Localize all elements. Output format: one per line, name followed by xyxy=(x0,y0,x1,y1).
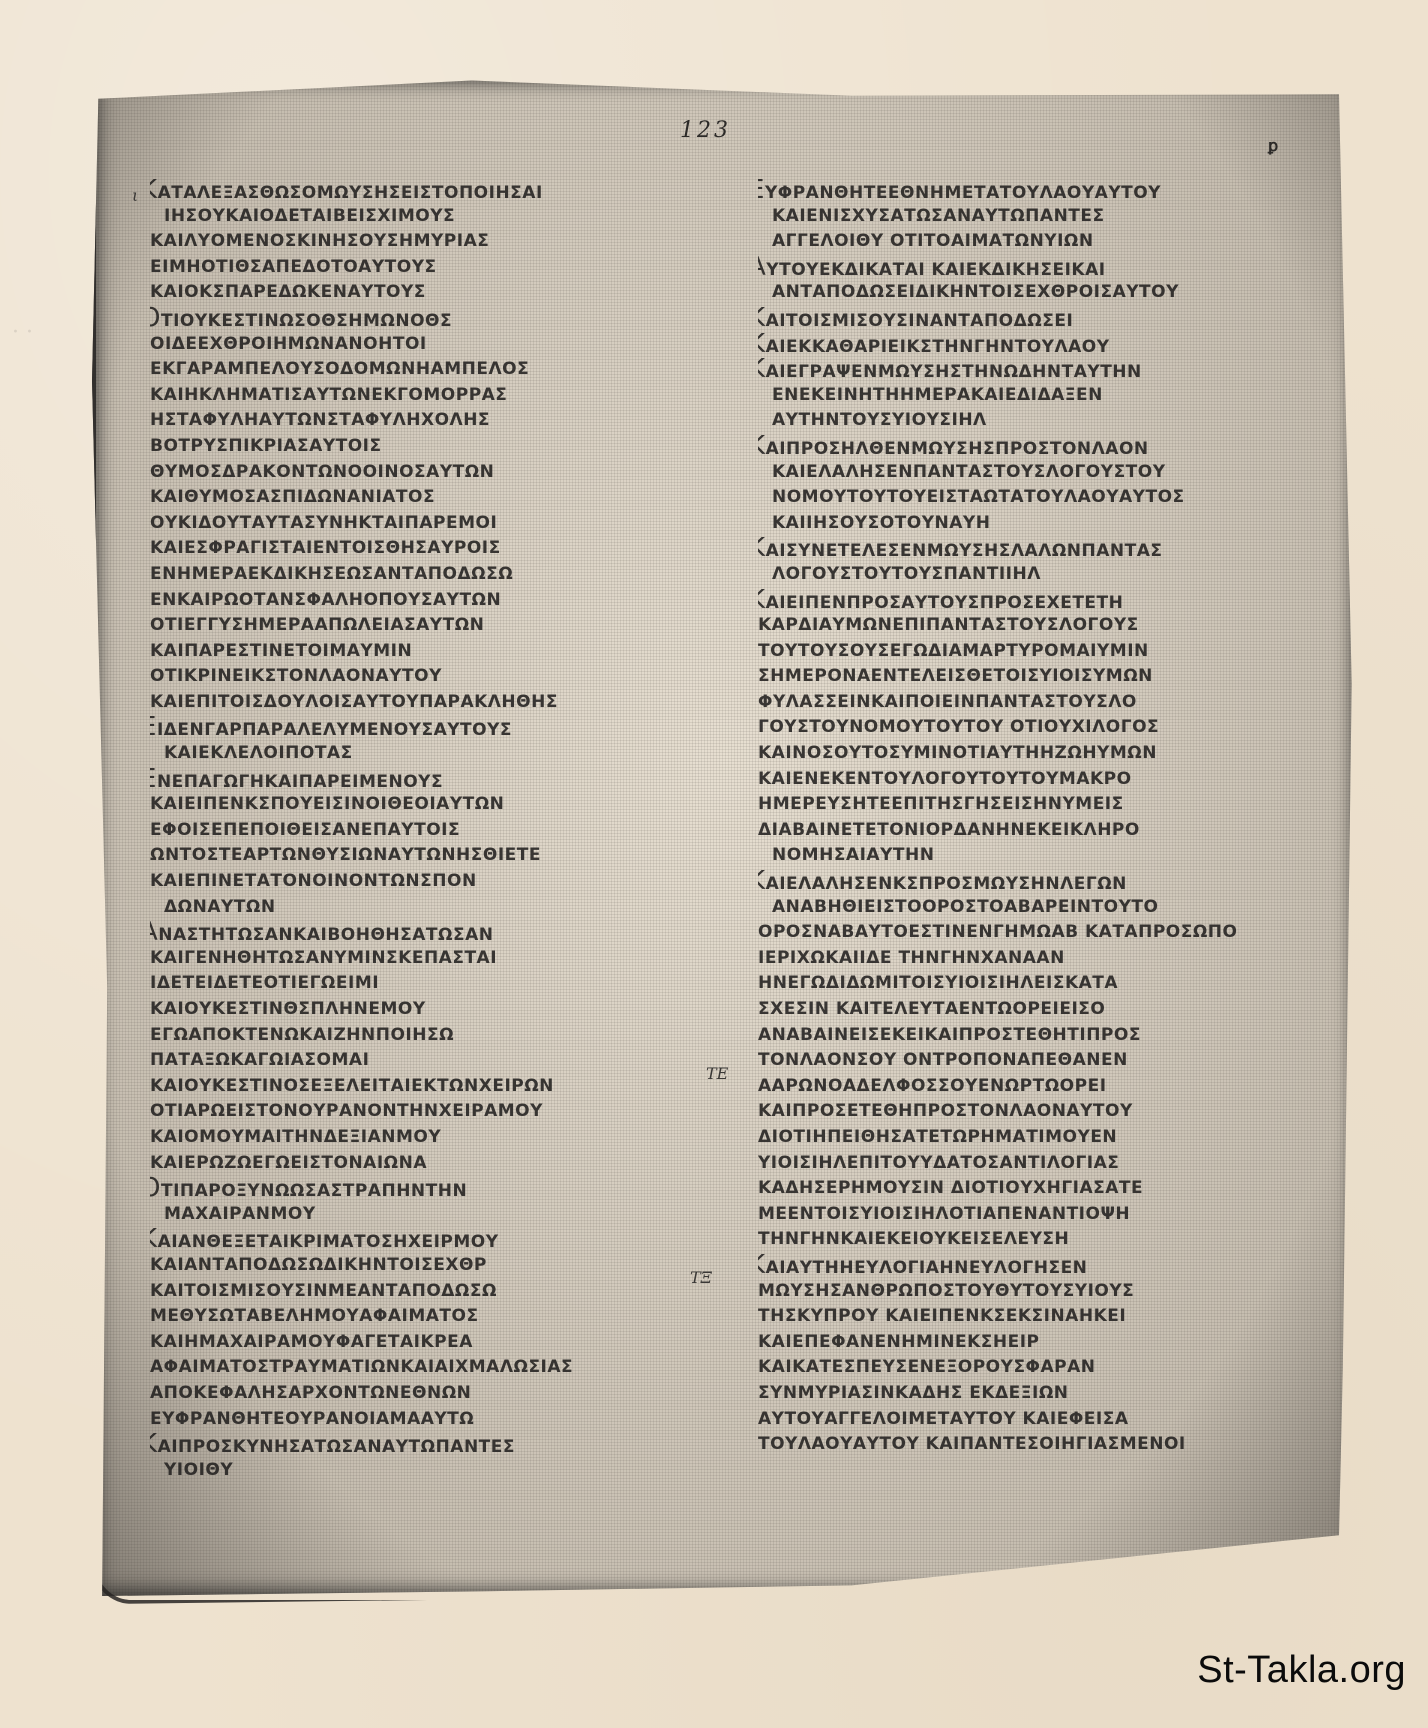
manuscript-line: ΗΝΕΓΩΔΙΔΩΜΙΤΟΙΣΥΙΟΙΣΙΗΛΕΙΣΚΑΤΑ xyxy=(758,971,1298,997)
manuscript-line: ΜΑΧΑΙΡΑΝΜΟΥ xyxy=(150,1202,670,1228)
manuscript-line: ΕΚΓΑΡΑΜΠΕΛΟΥΣΟΔΟΜΩΝΗΑΜΠΕΛΟΣ xyxy=(150,357,670,383)
manuscript-line: ΔΩΝΑΥΤΩΝ xyxy=(150,895,670,921)
margin-note-left: ι xyxy=(132,186,138,205)
manuscript-line: ΒΟΤΡΥΣΠΙΚΡΙΑΣΑΥΤΟΙΣ xyxy=(150,434,670,460)
manuscript-line: ΚΑΔΗΣΕΡΗΜΟΥΣΙΝ ΔΙΟΤΙΟΥΧΗΓΙΑΣΑΤΕ xyxy=(758,1176,1298,1202)
manuscript-line: ΚΑΙΗΜΑΧΑΙΡΑΜΟΥΦΑΓΕΤΑΙΚΡΕΑ xyxy=(150,1330,670,1356)
manuscript-line: ΟΤΙΟΥΚΕΣΤΙΝΩΣΟΘΣΗΜΩΝΟΘΣ xyxy=(150,306,670,332)
manuscript-line: ΚΑΙΑΝΘΕΞΕΤΑΙΚΡΙΜΑΤΟΣΗΧΕΙΡΜΟΥ xyxy=(150,1227,670,1253)
margin-note-gutter-2: ΤΞ xyxy=(690,1268,712,1287)
manuscript-line: ΚΑΙΣΥΝΕΤΕΛΕΣΕΝΜΩΥΣΗΣΛΑΛΩΝΠΑΝΤΑΣ xyxy=(758,536,1298,562)
manuscript-line: ΤΗΝΓΗΝΚΑΙΕΚΕΙΟΥΚΕΙΣΕΛΕΥΣΗ xyxy=(758,1227,1298,1253)
manuscript-line: ΙΕΡΙΧΩΚΑΙΙΔΕ ΤΗΝΓΗΝΧΑΝΑΑΝ xyxy=(758,946,1298,972)
manuscript-line: ΑΝΤΑΠΟΔΩΣΕΙΔΙΚΗΝΤΟΙΣΕΧΘΡΟΙΣΑΥΤΟΥ xyxy=(758,280,1298,306)
manuscript-line: ΔΙΟΤΙΗΠΕΙΘΗΣΑΤΕΤΩΡΗΜΑΤΙΜΟΥΕΝ xyxy=(758,1125,1298,1151)
manuscript-line: ΚΑΙΠΑΡΕΣΤΙΝΕΤΟΙΜΑΥΜΙΝ xyxy=(150,639,670,665)
manuscript-line: ΟΙΔΕΕΧΘΡΟΙΗΜΩΝΑΝΟΗΤΟΙ xyxy=(150,332,670,358)
manuscript-line: ΑΑΡΩΝΟΑΔΕΛΦΟΣΣΟΥΕΝΩΡΤΩΟΡΕΙ xyxy=(758,1074,1298,1100)
manuscript-line: ΩΝΤΟΣΤΕΑΡΤΩΝΘΥΣΙΩΝΑΥΤΩΝΗΣΘΙΕΤΕ xyxy=(150,843,670,869)
manuscript-line: ΚΑΙΕΠΕΦΑΝΕΝΗΜΙΝΕΚΣΗΕΙΡ xyxy=(758,1330,1298,1356)
manuscript-line: ΟΡΟΣΝΑΒΑΥΤΟΕΣΤΙΝΕΝΓΗΜΩΑΒ ΚΑΤΑΠΡΟΣΩΠΟ xyxy=(758,920,1298,946)
manuscript-line: ΜΕΕΝΤΟΙΣΥΙΟΙΣΙΗΛΟΤΙΑΠΕΝΑΝΤΙΟΨΗ xyxy=(758,1202,1298,1228)
manuscript-line: ΕΓΩΑΠΟΚΤΕΝΩΚΑΙΖΗΝΠΟΙΗΣΩ xyxy=(150,1023,670,1049)
manuscript-line: ΚΑΙΑΝΤΑΠΟΔΩΣΩΔΙΚΗΝΤΟΙΣΕΧΘΡ xyxy=(150,1253,670,1279)
manuscript-line: ΠΑΤΑΞΩΚΑΓΩΙΑΣΟΜΑΙ xyxy=(150,1048,670,1074)
manuscript-line: ΚΑΙΓΕΝΗΘΗΤΩΣΑΝΥΜΙΝΣΚΕΠΑΣΤΑΙ xyxy=(150,946,670,972)
manuscript-line: ΚΑΙΚΑΤΕΣΠΕΥΣΕΝΕΞΟΡΟΥΣΦΑΡΑΝ xyxy=(758,1355,1298,1381)
manuscript-line: ΕΙΔΕΝΓΑΡΠΑΡΑΛΕΛΥΜΕΝΟΥΣΑΥΤΟΥΣ xyxy=(150,715,670,741)
manuscript-line: ΑΝΑΒΗΘΙΕΙΣΤΟΟΡΟΣΤΟΑΒΑΡΕΙΝΤΟΥΤΟ xyxy=(758,895,1298,921)
manuscript-line: ΟΥΚΙΔΟΥΤΑΥΤΑΣΥΝΗΚΤΑΙΠΑΡΕΜΟΙ xyxy=(150,511,670,537)
manuscript-line: ΚΑΙΟΜΟΥΜΑΙΤΗΝΔΕΞΙΑΝΜΟΥ xyxy=(150,1125,670,1151)
manuscript-line: ΚΑΙΕΠΙΤΟΙΣΔΟΥΛΟΙΣΑΥΤΟΥΠΑΡΑΚΛΗΘΗΣ xyxy=(150,690,670,716)
manuscript-line: ΚΑΙΕΙΠΕΝΠΡΟΣΑΥΤΟΥΣΠΡΟΣΕΧΕΤΕΤΗ xyxy=(758,588,1298,614)
manuscript-line: ΚΑΙΠΡΟΣΕΤΕΘΗΠΡΟΣΤΟΝΛΑΟΝΑΥΤΟΥ xyxy=(758,1099,1298,1125)
manuscript-line: ΚΑΙΘΥΜΟΣΑΣΠΙΔΩΝΑΝΙΑΤΟΣ xyxy=(150,485,670,511)
manuscript-line: ΚΑΙΝΟΣΟΥΤΟΣΥΜΙΝΟΤΙΑΥΤΗΗΖΩΗΥΜΩΝ xyxy=(758,741,1298,767)
manuscript-line: ΚΑΤΑΛΕΞΑΣΘΩΣΟΜΩΥΣΗΣΕΙΣΤΟΠΟΙΗΣΑΙ xyxy=(150,178,670,204)
manuscript-line: ΑΠΟΚΕΦΑΛΗΣΑΡΧΟΝΤΩΝΕΘΝΩΝ xyxy=(150,1381,670,1407)
manuscript-line: ΑΥΤΗΝΤΟΥΣΥΙΟΥΣΙΗΛ xyxy=(758,408,1298,434)
manuscript-line: ΣΥΝΜΥΡΙΑΣΙΝΚΑΔΗΣ ΕΚΔΕΞΙΩΝ xyxy=(758,1381,1298,1407)
manuscript-line: ΚΑΙΕΓΡΑΨΕΝΜΩΥΣΗΣΤΗΝΩΔΗΝΤΑΥΤΗΝ xyxy=(758,357,1298,383)
manuscript-line: ΥΙΟΙΣΙΗΛΕΠΙΤΟΥΥΔΑΤΟΣΑΝΤΙΛΟΓΙΑΣ xyxy=(758,1151,1298,1177)
manuscript-line: ΟΤΙΚΡΙΝΕΙΚΣΤΟΝΛΑΟΝΑΥΤΟΥ xyxy=(150,664,670,690)
manuscript-line: ΕΝΗΜΕΡΑΕΚΔΙΚΗΣΕΩΣΑΝΤΑΠΟΔΩΣΩ xyxy=(150,562,670,588)
manuscript-line: ΚΑΙΤΟΙΣΜΙΣΟΥΣΙΝΑΝΤΑΠΟΔΩΣΕΙ xyxy=(758,306,1298,332)
manuscript-line: ΕΥΦΡΑΝΘΗΤΕΟΥΡΑΝΟΙΑΜΑΑΥΤΩ xyxy=(150,1407,670,1433)
manuscript-line: ΚΑΙΕΛΑΛΗΣΕΝΚΣΠΡΟΣΜΩΥΣΗΝΛΕΓΩΝ xyxy=(758,869,1298,895)
manuscript-line: ΚΑΙΕΠΙΝΕΤΑΤΟΝΟΙΝΟΝΤΩΝΣΠΟΝ xyxy=(150,869,670,895)
right-text-column: ΕΥΦΡΑΝΘΗΤΕΕΘΝΗΜΕΤΑΤΟΥΛΑΟΥΑΥΤΟΥΚΑΙΕΝΙΣΧΥΣ… xyxy=(758,178,1298,1458)
manuscript-line: ΕΝΕΚΕΙΝΗΤΗΗΜΕΡΑΚΑΙΕΔΙΔΑΞΕΝ xyxy=(758,383,1298,409)
manuscript-line: ΔΙΑΒΑΙΝΕΤΕΤΟΝΙΟΡΔΑΝΗΝΕΚΕΙΚΛΗΡΟ xyxy=(758,818,1298,844)
manuscript-line: ΚΑΙΕΡΩΖΩΕΓΩΕΙΣΤΟΝΑΙΩΝΑ xyxy=(150,1151,670,1177)
manuscript-line: ΜΩΥΣΗΣΑΝΘΡΩΠΟΣΤΟΥΘΥΤΟΥΣΥΙΟΥΣ xyxy=(758,1279,1298,1305)
manuscript-line: ΚΑΙΕΣΦΡΑΓΙΣΤΑΙΕΝΤΟΙΣΘΗΣΑΥΡΟΙΣ xyxy=(150,536,670,562)
manuscript-line: ΚΑΙΕΛΑΛΗΣΕΝΠΑΝΤΑΣΤΟΥΣΛΟΓΟΥΣΤΟΥ xyxy=(758,460,1298,486)
manuscript-line: ΘΥΜΟΣΔΡΑΚΟΝΤΩΝΟΟΙΝΟΣΑΥΤΩΝ xyxy=(150,460,670,486)
manuscript-line: ΚΑΙΕΚΚΑΘΑΡΙΕΙΚΣΤΗΝΓΗΝΤΟΥΛΑΟΥ xyxy=(758,332,1298,358)
manuscript-line: ΕΝΚΑΙΡΩΟΤΑΝΣΦΑΛΗΟΠΟΥΣΑΥΤΩΝ xyxy=(150,588,670,614)
manuscript-line: ΚΑΙΟΚΣΠΑΡΕΔΩΚΕΝΑΥΤΟΥΣ xyxy=(150,280,670,306)
manuscript-line: ΑΥΤΟΥΑΓΓΕΛΟΙΜΕΤΑΥΤΟΥ ΚΑΙΕΦΕΙΣΑ xyxy=(758,1407,1298,1433)
manuscript-line: ΕΝΕΠΑΓΩΓΗΚΑΙΠΑΡΕΙΜΕΝΟΥΣ xyxy=(150,767,670,793)
manuscript-line: ΓΟΥΣΤΟΥΝΟΜΟΥΤΟΥΤΟΥ ΟΤΙΟΥΧΙΛΟΓΟΣ xyxy=(758,715,1298,741)
manuscript-line: ΟΤΙΠΑΡΟΞΥΝΩΩΣΑΣΤΡΑΠΗΝΤΗΝ xyxy=(150,1176,670,1202)
manuscript-line: ΚΑΙΟΥΚΕΣΤΙΝΘΣΠΛΗΝΕΜΟΥ xyxy=(150,997,670,1023)
manuscript-line: ΦΥΛΑΣΣΕΙΝΚΑΙΠΟΙΕΙΝΠΑΝΤΑΣΤΟΥΣΛΟ xyxy=(758,690,1298,716)
manuscript-line: ΙΔΕΤΕΙΔΕΤΕΟΤΙΕΓΩΕΙΜΙ xyxy=(150,971,670,997)
manuscript-line: ΤΟΝΛΑΟΝΣΟΥ ΟΝΤΡΟΠΟΝΑΠΕΘΑΝΕΝ xyxy=(758,1048,1298,1074)
bleed-through-text: · · xyxy=(12,320,33,345)
manuscript-line: ΚΑΙΙΗΣΟΥΣΟΤΟΥΝΑΥΗ xyxy=(758,511,1298,537)
manuscript-line: ΚΑΡΔΙΑΥΜΩΝΕΠΙΠΑΝΤΑΣΤΟΥΣΛΟΓΟΥΣ xyxy=(758,613,1298,639)
manuscript-line: ΝΟΜΗΣΑΙΑΥΤΗΝ xyxy=(758,843,1298,869)
manuscript-line: ΚΑΙΗΚΛΗΜΑΤΙΣΑΥΤΩΝΕΚΓΟΜΟΡΡΑΣ xyxy=(150,383,670,409)
watermark: St-Takla.org xyxy=(1197,1649,1406,1692)
manuscript-line: ΜΕΘΥΣΩΤΑΒΕΛΗΜΟΥΑΦΑΙΜΑΤΟΣ xyxy=(150,1304,670,1330)
page-number: 123 xyxy=(680,118,731,143)
manuscript-line: ΤΟΥΛΑΟΥΑΥΤΟΥ ΚΑΙΠΑΝΤΕΣΟΙΗΓΙΑΣΜΕΝΟΙ xyxy=(758,1432,1298,1458)
corner-mark: ꝑ xyxy=(1268,136,1278,155)
manuscript-line: ΤΗΣΚΥΠΡΟΥ ΚΑΙΕΙΠΕΝΚΣΕΚΣΙΝΑΗΚΕΙ xyxy=(758,1304,1298,1330)
margin-note-gutter-1: ΤΕ xyxy=(706,1064,728,1083)
manuscript-line: ΛΟΓΟΥΣΤΟΥΤΟΥΣΠΑΝΤΙΙΗΛ xyxy=(758,562,1298,588)
manuscript-line: ΟΤΙΕΓΓΥΣΗΜΕΡΑΑΠΩΛΕΙΑΣΑΥΤΩΝ xyxy=(150,613,670,639)
manuscript-line: ΗΜΕΡΕΥΣΗΤΕΕΠΙΤΗΣΓΗΣΕΙΣΗΝΥΜΕΙΣ xyxy=(758,792,1298,818)
manuscript-line: ΝΟΜΟΥΤΟΥΤΟΥΕΙΣΤΑΩΤΑΤΟΥΛΑΟΥΑΥΤΟΣ xyxy=(758,485,1298,511)
manuscript-line: ΚΑΙΕΚΛΕΛΟΙΠΟΤΑΣ xyxy=(150,741,670,767)
manuscript-line: ΑΦΑΙΜΑΤΟΣΤΡΑΥΜΑΤΙΩΝΚΑΙΑΙΧΜΑΛΩΣΙΑΣ xyxy=(150,1355,670,1381)
manuscript-line: ΚΑΙΟΥΚΕΣΤΙΝΟΣΕΞΕΛΕΙΤΑΙΕΚΤΩΝΧΕΙΡΩΝ xyxy=(150,1074,670,1100)
manuscript-line: ΚΑΙΕΙΠΕΝΚΣΠΟΥΕΙΣΙΝΟΙΘΕΟΙΑΥΤΩΝ xyxy=(150,792,670,818)
manuscript-line: ΤΟΥΤΟΥΣΟΥΣΕΓΩΔΙΑΜΑΡΤΥΡΟΜΑΙΥΜΙΝ xyxy=(758,639,1298,665)
manuscript-line: ΚΑΙΠΡΟΣΚΥΝΗΣΑΤΩΣΑΝΑΥΤΩΠΑΝΤΕΣ xyxy=(150,1432,670,1458)
manuscript-line: ΚΑΙΤΟΙΣΜΙΣΟΥΣΙΝΜΕΑΝΤΑΠΟΔΩΣΩ xyxy=(150,1279,670,1305)
manuscript-line: ΚΑΙΕΝΕΚΕΝΤΟΥΛΟΓΟΥΤΟΥΤΟΥΜΑΚΡΟ xyxy=(758,767,1298,793)
manuscript-line: ΕΥΦΡΑΝΘΗΤΕΕΘΝΗΜΕΤΑΤΟΥΛΑΟΥΑΥΤΟΥ xyxy=(758,178,1298,204)
left-text-column: ΚΑΤΑΛΕΞΑΣΘΩΣΟΜΩΥΣΗΣΕΙΣΤΟΠΟΙΗΣΑΙΙΗΣΟΥΚΑΙΟ… xyxy=(150,178,670,1483)
manuscript-line: ΕΙΜΗΟΤΙΘΣΑΠΕΔΟΤΟΑΥΤΟΥΣ xyxy=(150,255,670,281)
manuscript-line: ΙΗΣΟΥΚΑΙΟΔΕΤΑΙΒΕΙΣΧΙΜΟΥΣ xyxy=(150,204,670,230)
manuscript-line: ΚΑΙΠΡΟΣΗΛΘΕΝΜΩΥΣΗΣΠΡΟΣΤΟΝΛΑΟΝ xyxy=(758,434,1298,460)
manuscript-line: ΥΙΟΙΘΥ xyxy=(150,1458,670,1484)
manuscript-line: ΣΗΜΕΡΟΝΑΕΝΤΕΛΕΙΣΘΕΤΟΙΣΥΙΟΙΣΥΜΩΝ xyxy=(758,664,1298,690)
manuscript-line: ΚΑΙΑΥΤΗΗΕΥΛΟΓΙΑΗΝΕΥΛΟΓΗΣΕΝ xyxy=(758,1253,1298,1279)
manuscript-line: ΚΑΙΛΥΟΜΕΝΟΣΚΙΝΗΣΟΥΣΗΜΥΡΙΑΣ xyxy=(150,229,670,255)
manuscript-line: ΑΓΓΕΛΟΙΘΥ ΟΤΙΤΟΑΙΜΑΤΩΝΥΙΩΝ xyxy=(758,229,1298,255)
manuscript-line: ΗΣΤΑΦΥΛΗΑΥΤΩΝΣΤΑΦΥΛΗΧΟΛΗΣ xyxy=(150,408,670,434)
manuscript-line: ΚΑΙΕΝΙΣΧΥΣΑΤΩΣΑΝΑΥΤΩΠΑΝΤΕΣ xyxy=(758,204,1298,230)
manuscript-line: ΣΧΕΣΙΝ ΚΑΙΤΕΛΕΥΤΑΕΝΤΩΟΡΕΙΕΙΣΟ xyxy=(758,997,1298,1023)
manuscript-line: ΑΥΤΟΥΕΚΔΙΚΑΤΑΙ ΚΑΙΕΚΔΙΚΗΣΕΙΚΑΙ xyxy=(758,255,1298,281)
manuscript-line: ΟΤΙΑΡΩΕΙΣΤΟΝΟΥΡΑΝΟΝΤΗΝΧΕΙΡΑΜΟΥ xyxy=(150,1099,670,1125)
manuscript-line: ΑΝΑΣΤΗΤΩΣΑΝΚΑΙΒΟΗΘΗΣΑΤΩΣΑΝ xyxy=(150,920,670,946)
manuscript-line: ΑΝΑΒΑΙΝΕΙΣΕΚΕΙΚΑΙΠΡΟΣΤΕΘΗΤΙΠΡΟΣ xyxy=(758,1023,1298,1049)
manuscript-line: ΕΦΟΙΣΕΠΕΠΟΙΘΕΙΣΑΝΕΠΑΥΤΟΙΣ xyxy=(150,818,670,844)
